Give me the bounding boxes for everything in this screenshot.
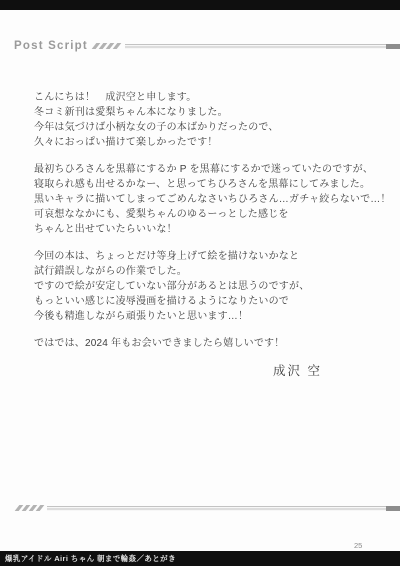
text-line: 黒いキャラに描いてしまってごめんなさいちひろさん…ガチャ絞らないで…！ xyxy=(34,192,380,207)
text-line: ではでは、2024 年もお会いできましたら嬉しいです！ xyxy=(34,336,380,351)
paragraph-story: 最初ちひろさんを黒幕にするか P を黒幕にするかで迷っていたのですが、 寝取られ… xyxy=(34,162,380,237)
footer-book-title: 爆乳アイドル Airi ちゃん 朝まで輪姦／あとがき xyxy=(0,553,176,564)
afterword-page: Post Script こんにちは！ 成沢空と申します。 冬コミ新刊は愛梨ちゃん… xyxy=(0,0,400,566)
divider-line xyxy=(47,506,400,511)
bottom-divider xyxy=(17,504,400,512)
afterword-text: こんにちは！ 成沢空と申します。 冬コミ新刊は愛梨ちゃん本になりました。 今年は… xyxy=(34,90,380,363)
footer-bar: 爆乳アイドル Airi ちゃん 朝まで輪姦／あとがき xyxy=(0,551,400,566)
divider-line xyxy=(125,44,400,49)
slash-decoration-icon xyxy=(17,505,42,511)
text-line: 今年は気づけば小柄な女の子の本ばかりだったので、 xyxy=(34,120,380,135)
text-line: 寝取られ感も出せるかなー、と思ってちひろさんを黒幕にしてみました。 xyxy=(34,177,380,192)
text-line: ですので絵が安定していない部分があるとは思うのですが、 xyxy=(34,279,380,294)
post-script-header: Post Script xyxy=(14,40,400,52)
text-line: 試行錯誤しながらの作業でした。 xyxy=(34,264,380,279)
paragraph-closing: ではでは、2024 年もお会いできましたら嬉しいです！ xyxy=(34,336,380,351)
text-line: こんにちは！ 成沢空と申します。 xyxy=(34,90,380,105)
post-script-title: Post Script xyxy=(14,40,88,52)
author-signature: 成沢 空 xyxy=(273,361,322,379)
text-line: 今回の本は、ちょっとだけ等身上げて絵を描けないかなと xyxy=(34,249,380,264)
page-number: 25 xyxy=(354,541,362,550)
text-line: 久々におっぱい描けて楽しかったです！ xyxy=(34,135,380,150)
text-line: もっといい感じに凌辱漫画を描けるようになりたいので xyxy=(34,294,380,309)
paragraph-greeting: こんにちは！ 成沢空と申します。 冬コミ新刊は愛梨ちゃん本になりました。 今年は… xyxy=(34,90,380,150)
text-line: 冬コミ新刊は愛梨ちゃん本になりました。 xyxy=(34,105,380,120)
text-line: 可哀想ななかにも、愛梨ちゃんのゆるーっとした感じを xyxy=(34,207,380,222)
paragraph-art: 今回の本は、ちょっとだけ等身上げて絵を描けないかなと 試行錯誤しながらの作業でし… xyxy=(34,249,380,324)
text-line: 最初ちひろさんを黒幕にするか P を黒幕にするかで迷っていたのですが、 xyxy=(34,162,380,177)
text-line: ちゃんと出せていたらいいな！ xyxy=(34,222,380,237)
top-border-bar xyxy=(0,0,400,10)
slash-decoration-icon xyxy=(94,43,119,49)
text-line: 今後も精進しながら頑張りたいと思います…！ xyxy=(34,309,380,324)
